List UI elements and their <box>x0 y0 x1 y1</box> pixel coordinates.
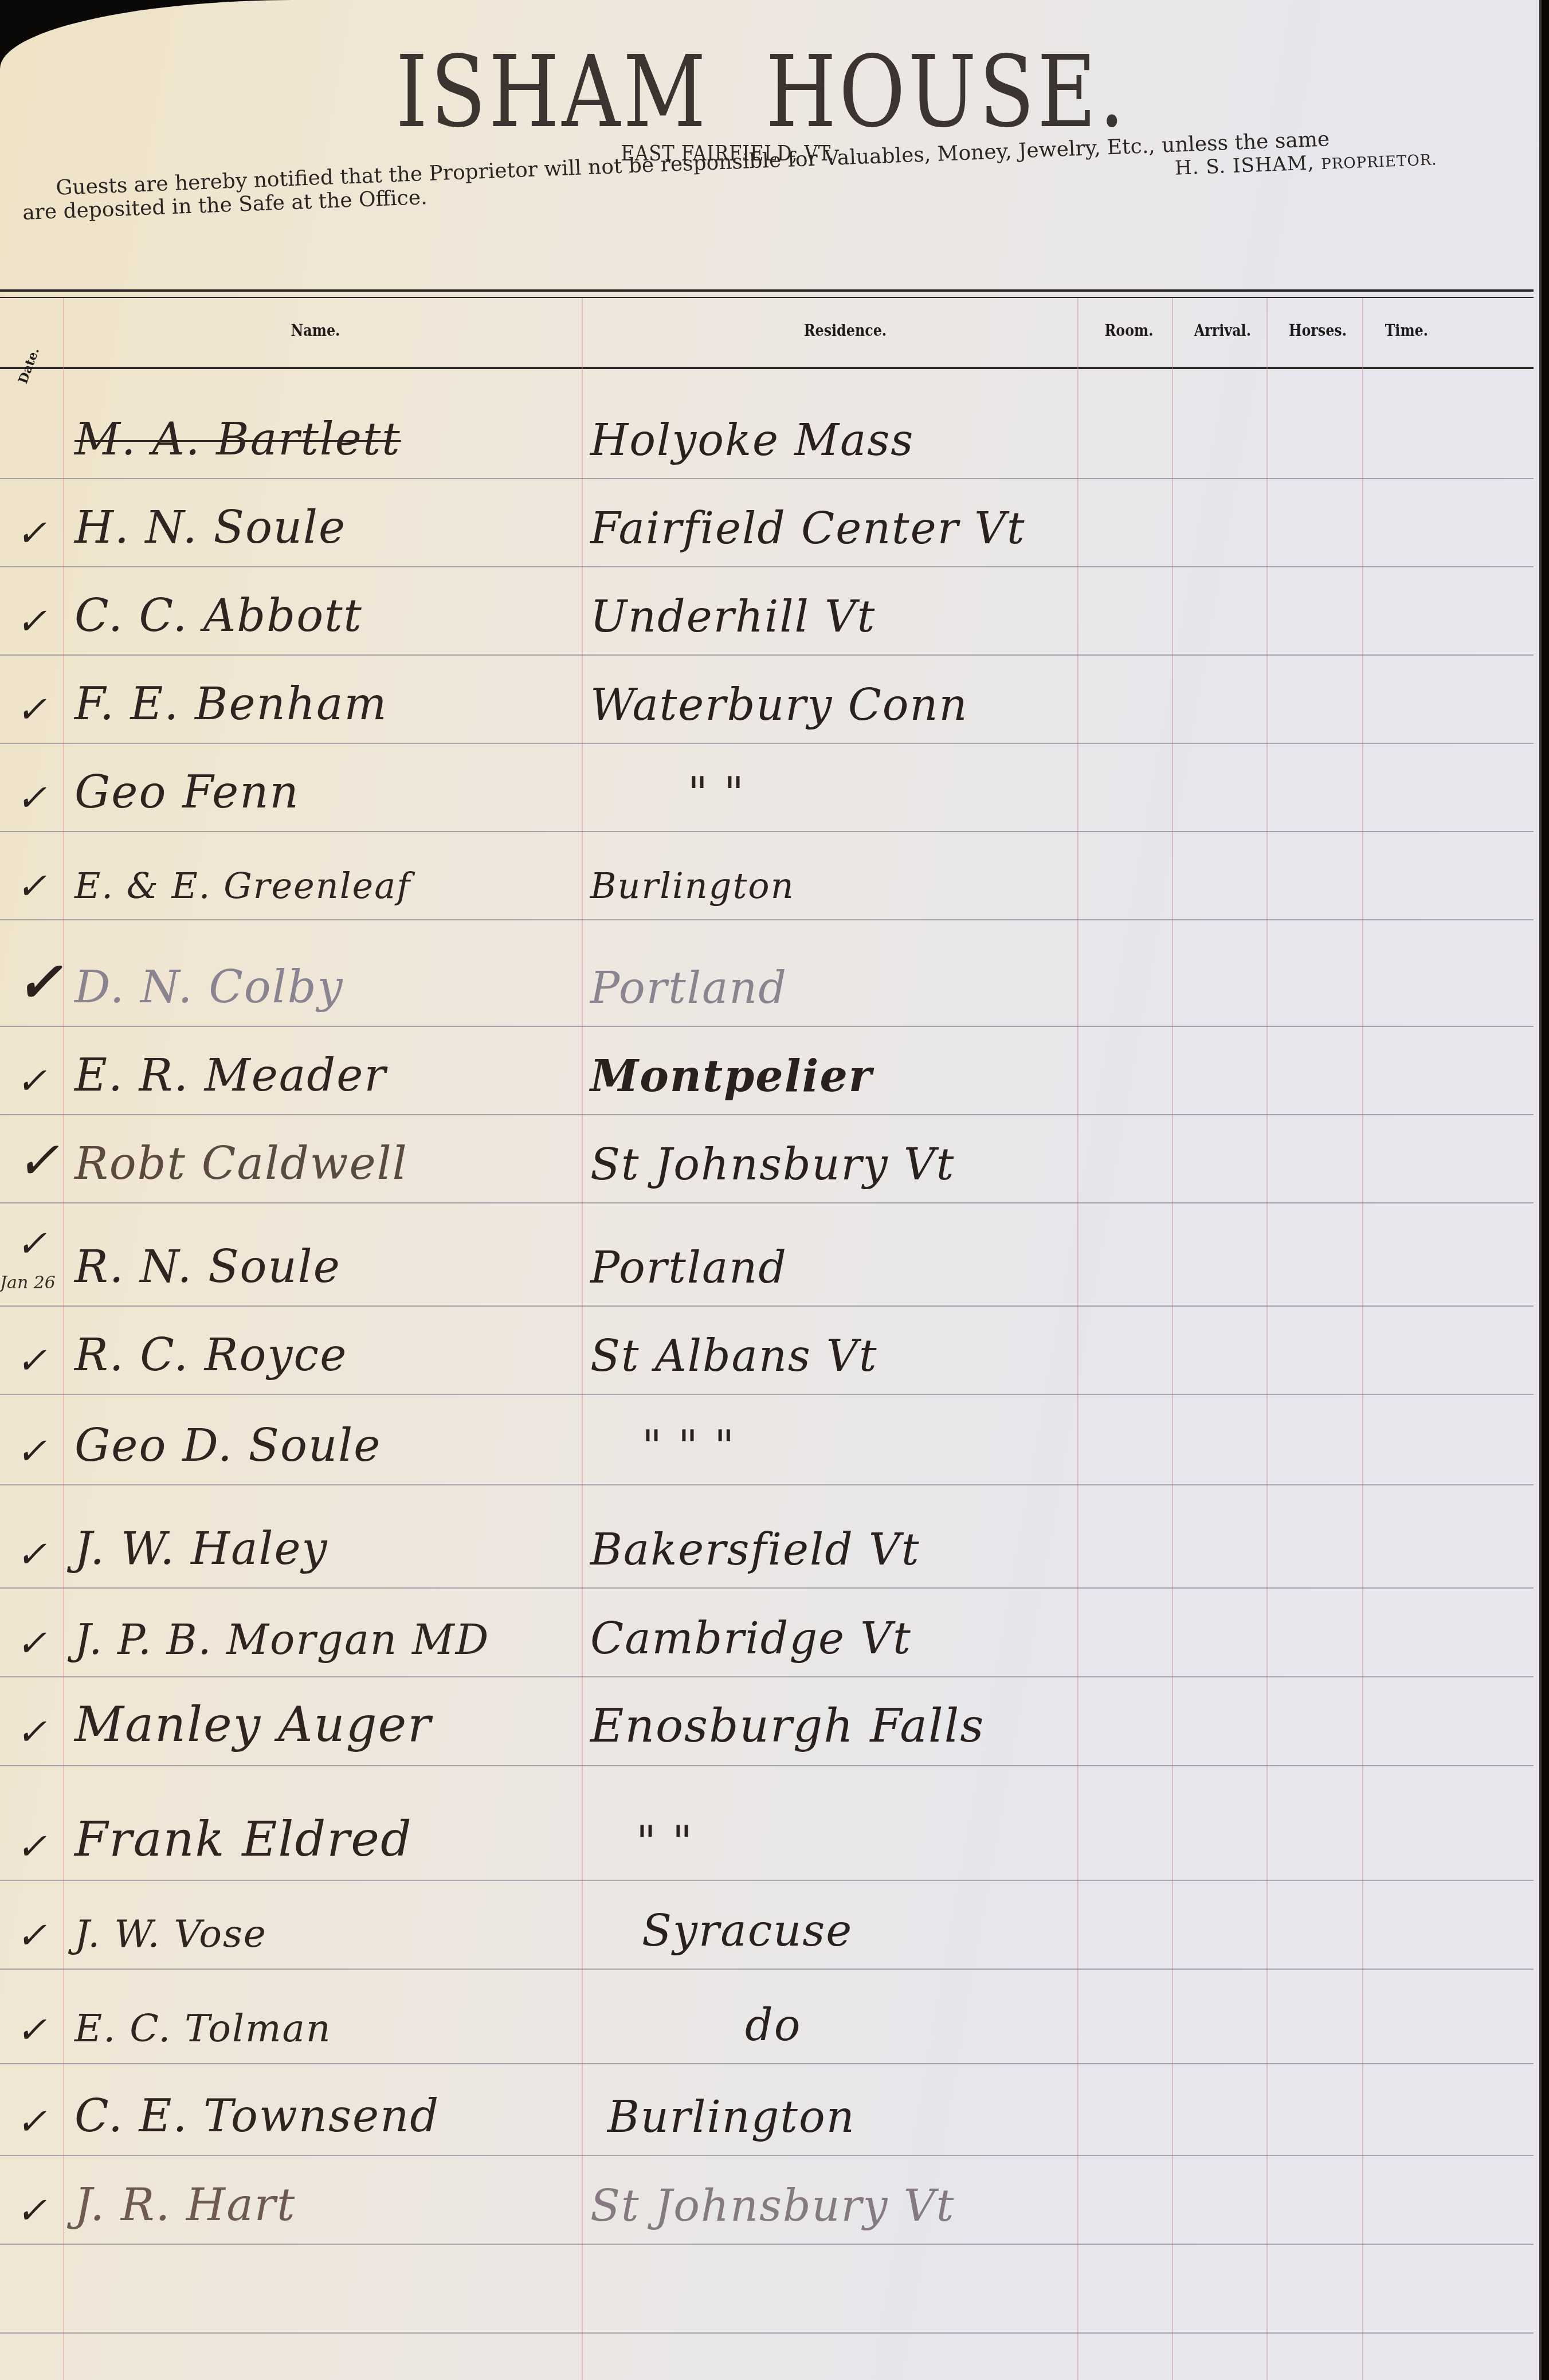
guest-name: R. N. Soule <box>74 1241 579 1293</box>
check-mark: ✓ <box>16 1131 59 1191</box>
register-entry: ✓ C. E. Townsend Burlington <box>0 2067 1533 2155</box>
check-mark: ✓ <box>16 1430 47 1473</box>
check-mark: ✓ <box>16 865 47 908</box>
check-mark: ✓ <box>16 601 47 643</box>
guest-residence: Waterbury Conn <box>590 679 1083 730</box>
register-entry: ✓ J. W. Haley Bakersfield Vt <box>0 1499 1533 1587</box>
guest-residence: do <box>745 1999 1238 2050</box>
guest-name: F. E. Benham <box>74 679 579 730</box>
guest-residence: Underhill Vt <box>590 591 1083 642</box>
register-page: ISHAM HOUSE. EAST FAIRFIELD, VT. Guests … <box>0 0 1542 2380</box>
row-rule <box>0 1765 1534 1766</box>
register-entry: ✓ R. C. Royce St Albans Vt <box>0 1305 1533 1394</box>
guest-residence: Burlington <box>607 2091 1100 2142</box>
register-entry: ✓ D. N. Colby Portland <box>0 938 1533 1026</box>
register-entry: ✓ J. P. B. Morgan MD Cambridge Vt <box>0 1588 1533 1676</box>
guest-name: Frank Eldred <box>74 1811 579 1867</box>
register-entry: ✓ Frank Eldred " " <box>0 1791 1533 1880</box>
guest-residence: Cambridge Vt <box>590 1613 1083 1664</box>
column-header-date: Date. <box>15 346 42 386</box>
register-entry: ✓ E. R. Meader Montpelier <box>0 1026 1533 1114</box>
register-entry: ✓ E. & E. Greenleaf Burlington <box>0 831 1533 919</box>
guest-name: E. C. Tolman <box>74 2006 579 2050</box>
guest-residence: Fairfield Center Vt <box>590 503 1083 554</box>
guest-residence: Bakersfield Vt <box>590 1524 1083 1575</box>
row-rule <box>0 2244 1534 2245</box>
column-header-time: Time. <box>1385 321 1428 340</box>
row-rule <box>0 1202 1534 1203</box>
check-mark: ✓ <box>16 1534 47 1576</box>
row-rule <box>0 2332 1534 2334</box>
register-entry: ✓ J. W. Vose Syracuse <box>0 1880 1533 1969</box>
guest-residence: St Johnsbury Vt <box>590 2180 1083 2231</box>
check-mark: ✓ <box>16 512 47 555</box>
guest-residence: Holyoke Mass <box>590 414 1083 465</box>
guest-residence: Burlington <box>590 865 1083 907</box>
hotel-title: ISHAM HOUSE. <box>396 34 1077 150</box>
register-entry: ✓ J. R. Hart St Johnsbury Vt <box>0 2155 1533 2244</box>
check-mark: ✓ <box>16 1060 47 1103</box>
register-entry: ✓ E. C. Tolman do <box>0 1975 1533 2063</box>
proprietor-title: PROPRIETOR. <box>1321 151 1437 173</box>
register-entry: ✓ F. E. Benham Waterbury Conn <box>0 654 1533 743</box>
row-rule <box>0 2063 1534 2064</box>
check-mark: ✓ <box>16 2190 47 2232</box>
guest-name: H. N. Soule <box>74 502 579 554</box>
header-rule-top <box>0 289 1534 292</box>
row-rule <box>0 919 1534 920</box>
check-mark: ✓ <box>16 777 47 820</box>
proprietor-name: H. S. ISHAM, <box>1174 151 1321 180</box>
guest-name: J. P. B. Morgan MD <box>74 1616 579 1664</box>
check-mark: ✓ <box>16 2009 47 2052</box>
check-mark: ✓ <box>16 2101 47 2143</box>
guest-residence: St Johnsbury Vt <box>590 1139 1083 1190</box>
register-entry: ✓ Manley Auger Enosburgh Falls <box>0 1677 1533 1765</box>
guest-name: Geo Fenn <box>74 767 579 818</box>
guest-name: Manley Auger <box>74 1696 579 1752</box>
guest-residence: Montpelier <box>590 1050 1083 1101</box>
register-entry: ✓ Geo Fenn " " <box>0 743 1533 831</box>
register-entry: ✓ Geo D. Soule " " " <box>0 1396 1533 1484</box>
register-entry: ✓ H. N. Soule Fairfield Center Vt <box>0 478 1533 566</box>
check-mark: ✓ <box>16 1711 47 1754</box>
guest-name: R. C. Royce <box>74 1330 579 1381</box>
guest-residence: Enosburgh Falls <box>590 1699 1083 1752</box>
check-mark: ✓ <box>16 1915 47 1957</box>
guest-name: C. C. Abbott <box>74 590 579 642</box>
guest-residence: Portland <box>590 962 1083 1013</box>
register-entry: ✓ Robt Caldwell St Johnsbury Vt <box>0 1114 1533 1202</box>
row-rule <box>0 1969 1534 1970</box>
column-header-horses: Horses. <box>1289 321 1347 340</box>
entry-date: Jan 26 <box>0 1273 56 1293</box>
guest-residence: Portland <box>590 1242 1083 1293</box>
register-entry: ✓ C. C. Abbott Underhill Vt <box>0 566 1533 654</box>
guest-residence: St Albans Vt <box>590 1330 1083 1381</box>
column-header-room: Room. <box>1105 321 1154 340</box>
column-header-residence: Residence. <box>804 321 887 340</box>
header-rule-top-2 <box>0 297 1534 298</box>
check-mark: ✓ <box>16 1340 47 1382</box>
check-mark: ✓ <box>16 950 62 1014</box>
guest-name: D. N. Colby <box>74 962 579 1013</box>
guest-residence: " " " <box>642 1421 1135 1472</box>
guest-name: Robt Caldwell <box>74 1138 579 1190</box>
guest-name: J. R. Hart <box>74 2179 579 2231</box>
guest-name: J. W. Vose <box>74 1912 579 1956</box>
column-header-arrival: Arrival. <box>1194 321 1251 340</box>
guest-name: C. E. Townsend <box>74 2091 579 2142</box>
register-entry: ✓ Jan 26 R. N. Soule Portland <box>0 1217 1533 1305</box>
guest-name: E. & E. Greenleaf <box>74 865 579 907</box>
guest-name: E. R. Meader <box>74 1050 579 1101</box>
row-rule <box>0 1484 1534 1485</box>
guest-residence: Syracuse <box>642 1905 1135 1956</box>
header-rule-bottom <box>0 367 1534 369</box>
guest-residence: " " <box>688 767 1181 818</box>
check-mark: ✓ <box>16 1622 47 1665</box>
check-mark: ✓ <box>16 1223 47 1265</box>
guest-residence: " " <box>636 1816 1129 1867</box>
register-entry: M. A. Bartlett Holyoke Mass <box>0 390 1533 478</box>
guest-name: J. W. Haley <box>74 1523 579 1575</box>
row-rule <box>0 1394 1534 1395</box>
guest-name: M. A. Bartlett <box>74 414 579 465</box>
check-mark: ✓ <box>16 689 47 731</box>
column-header-name: Name. <box>291 321 340 340</box>
check-mark: ✓ <box>16 1826 47 1868</box>
guest-name: Geo D. Soule <box>74 1420 579 1472</box>
